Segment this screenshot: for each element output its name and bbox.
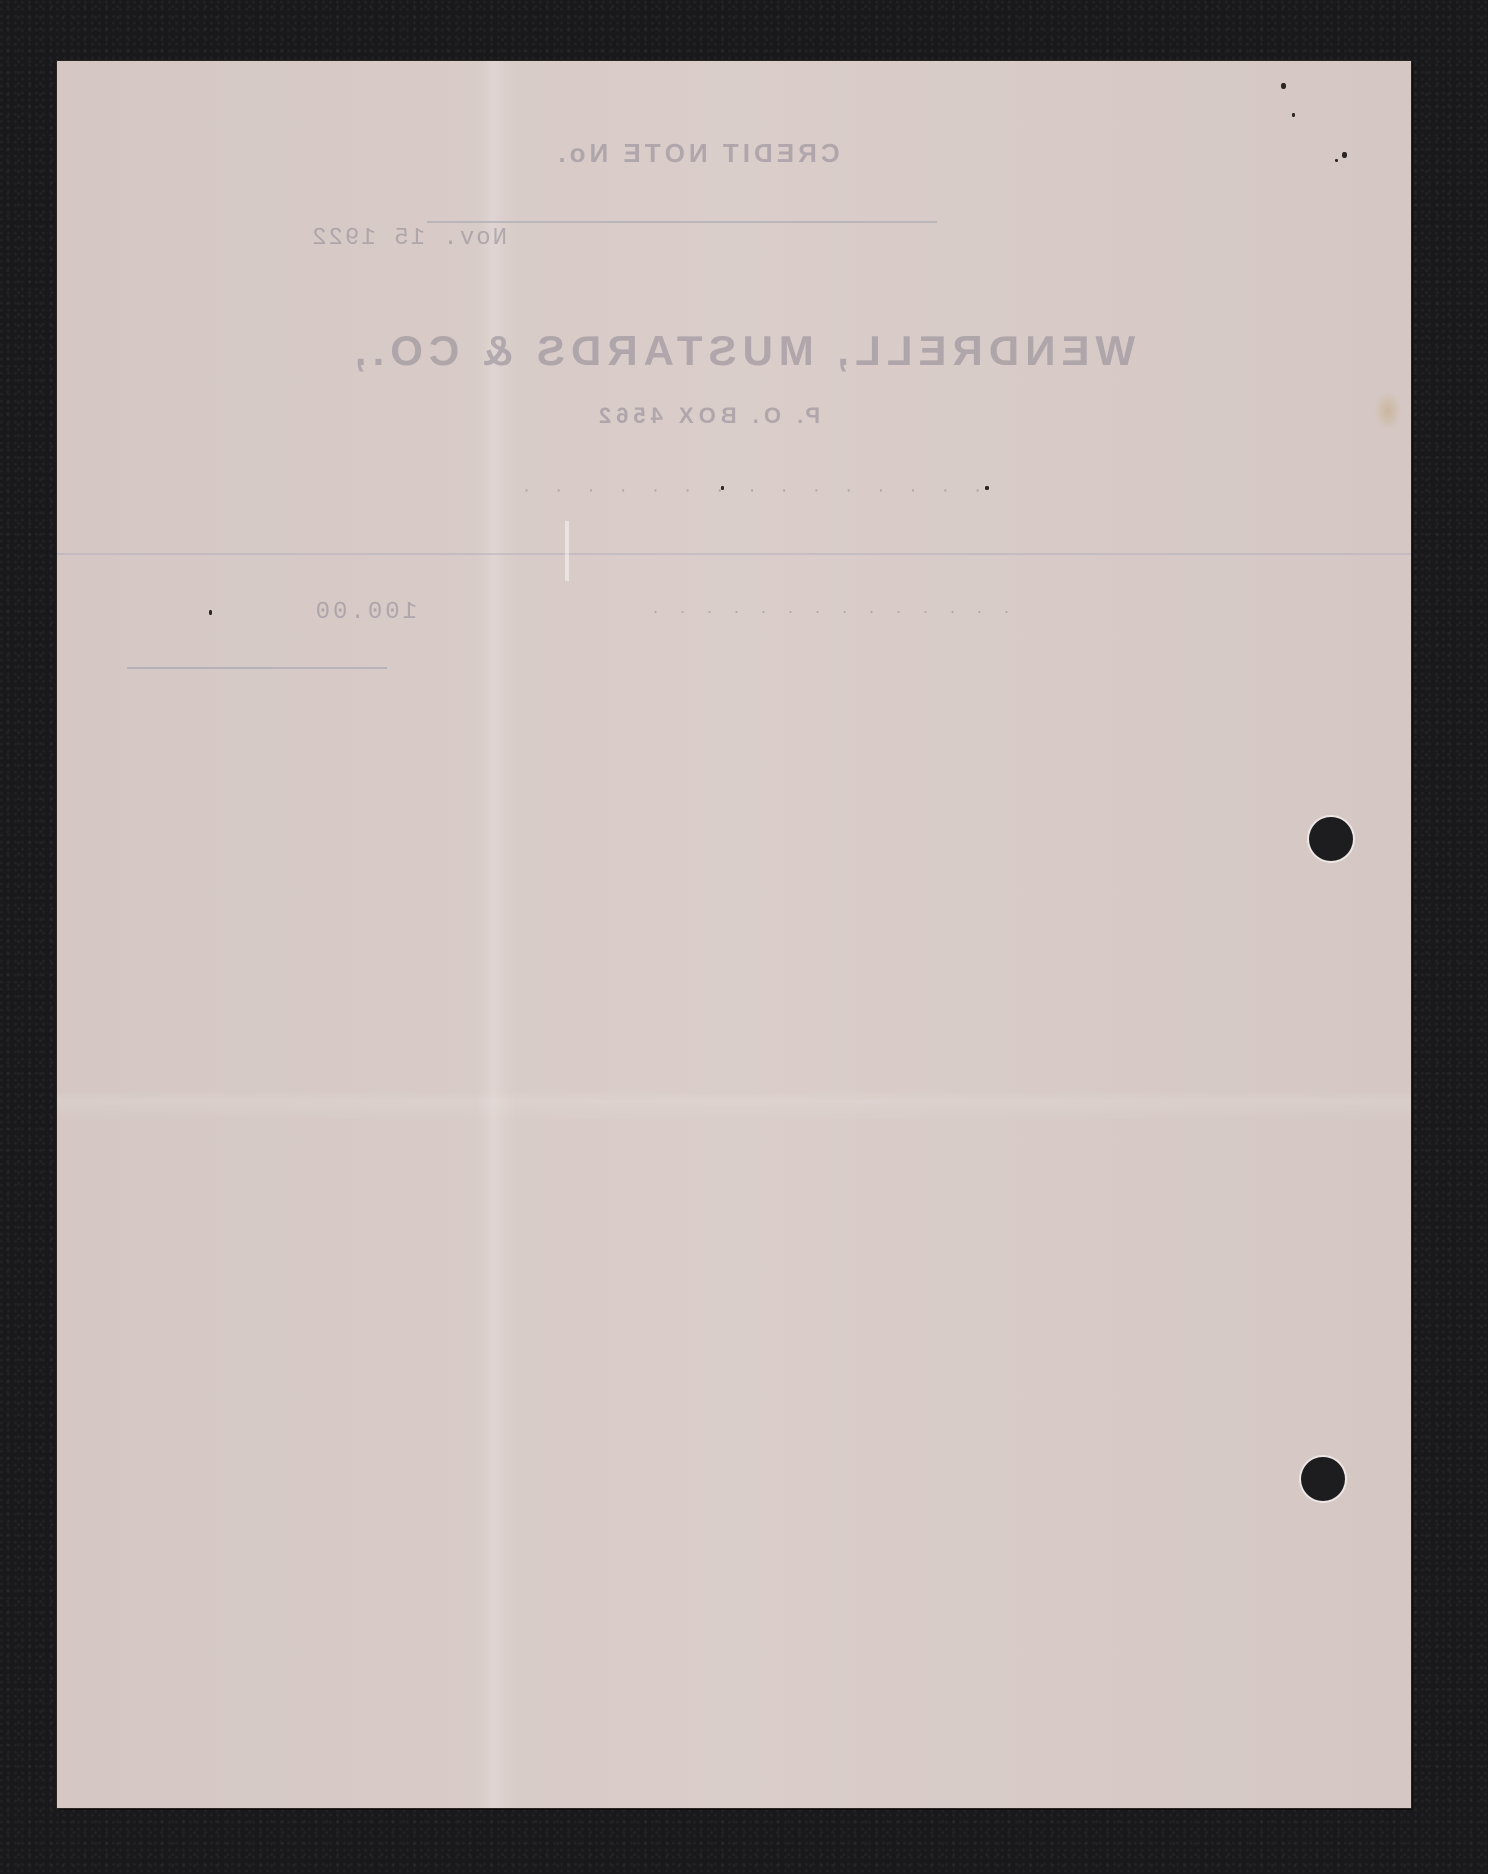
po-box: P. O. BOX 4562 [557,403,857,429]
paper-crease [565,521,569,581]
paper-speck [1335,159,1338,162]
amount: 100.00 [117,599,417,626]
paper-speck [1342,152,1347,158]
company-name: WENDRELL, MUSTARDS & CO., [322,327,1162,375]
amount-underline [127,667,387,669]
paper-stain [1374,391,1402,431]
address-line: · · · · · · · · · · · · · · · [387,479,1107,502]
paper-speck [1292,113,1295,117]
header-divider [57,553,1411,555]
description-line: · · · · · · · · · · · · · · [417,601,1237,622]
date-line: Nov. 15 1922 [127,225,507,252]
heading-underline [427,221,937,223]
paper-speck [1281,83,1286,89]
document-page: CREDIT NOTE No. Nov. 15 1922 WENDRELL, M… [57,61,1411,1808]
punch-hole-icon [1301,1457,1345,1501]
punch-hole-icon [1309,817,1353,861]
credit-note-heading: CREDIT NOTE No. [417,138,977,169]
